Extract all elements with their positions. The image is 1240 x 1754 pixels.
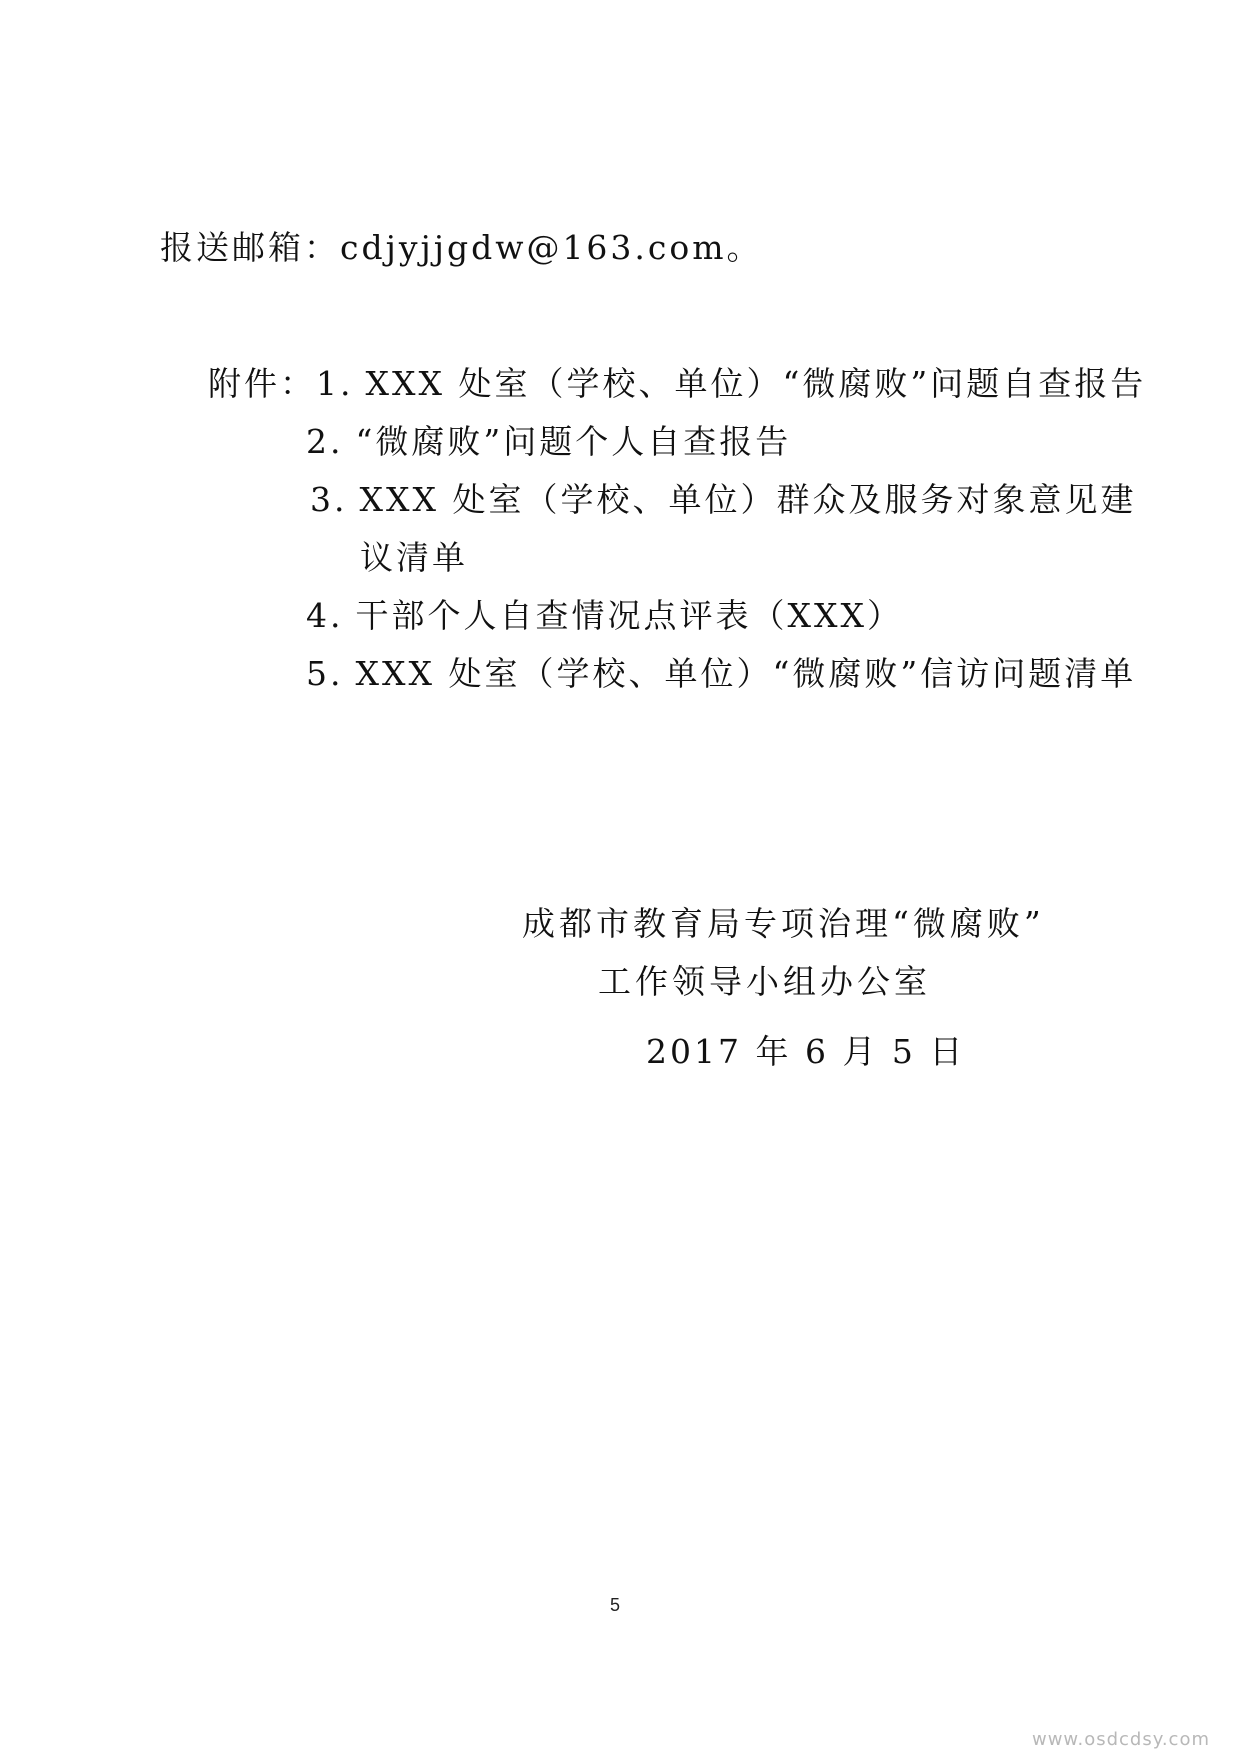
attachment-text: XXX 处室（学校、单位）“微腐败”问题自查报告: [366, 364, 1147, 403]
attachment-text: XXX 处室（学校、单位）“微腐败”信访问题清单: [356, 654, 1137, 693]
attachment-number: 1.: [316, 364, 354, 403]
email-label: 报送邮箱：: [160, 228, 340, 267]
attachment-number: 3.: [310, 480, 348, 519]
attachment-item-5: 5.XXX 处室（学校、单位）“微腐败”信访问题清单: [306, 654, 1136, 694]
attachment-text: XXX 处室（学校、单位）群众及服务对象意见建: [360, 480, 1137, 519]
watermark: www.osdcdsy.com: [1032, 1730, 1210, 1750]
signature-org-line-2: 工作领导小组办公室: [598, 962, 931, 1002]
attachment-item-1: 附件：1.XXX 处室（学校、单位）“微腐败”问题自查报告: [208, 364, 1146, 404]
attachment-item-3: 3.XXX 处室（学校、单位）群众及服务对象意见建: [310, 480, 1136, 520]
attachment-number: 2.: [306, 422, 344, 461]
attachment-number: 5.: [306, 654, 344, 693]
attachment-text: 干部个人自查情况点评表（XXX）: [356, 596, 903, 635]
attachment-text: “微腐败”问题个人自查报告: [356, 422, 792, 461]
attachments-label: 附件：: [208, 364, 316, 403]
signature-date: 2017 年 6 月 5 日: [646, 1032, 965, 1072]
signature-org-line-1: 成都市教育局专项治理“微腐败”: [522, 904, 1045, 944]
page-number: 5: [610, 1594, 620, 1616]
attachment-item-3-continuation: 议清单: [360, 538, 468, 578]
attachment-number: 4.: [306, 596, 344, 635]
attachment-text-continuation: 议清单: [360, 538, 468, 577]
attachment-item-4: 4.干部个人自查情况点评表（XXX）: [306, 596, 903, 636]
attachment-item-2: 2.“微腐败”问题个人自查报告: [306, 422, 791, 462]
email-line: 报送邮箱：cdjyjjgdw@163.com。: [160, 228, 763, 268]
email-address: cdjyjjgdw@163.com。: [340, 228, 763, 267]
